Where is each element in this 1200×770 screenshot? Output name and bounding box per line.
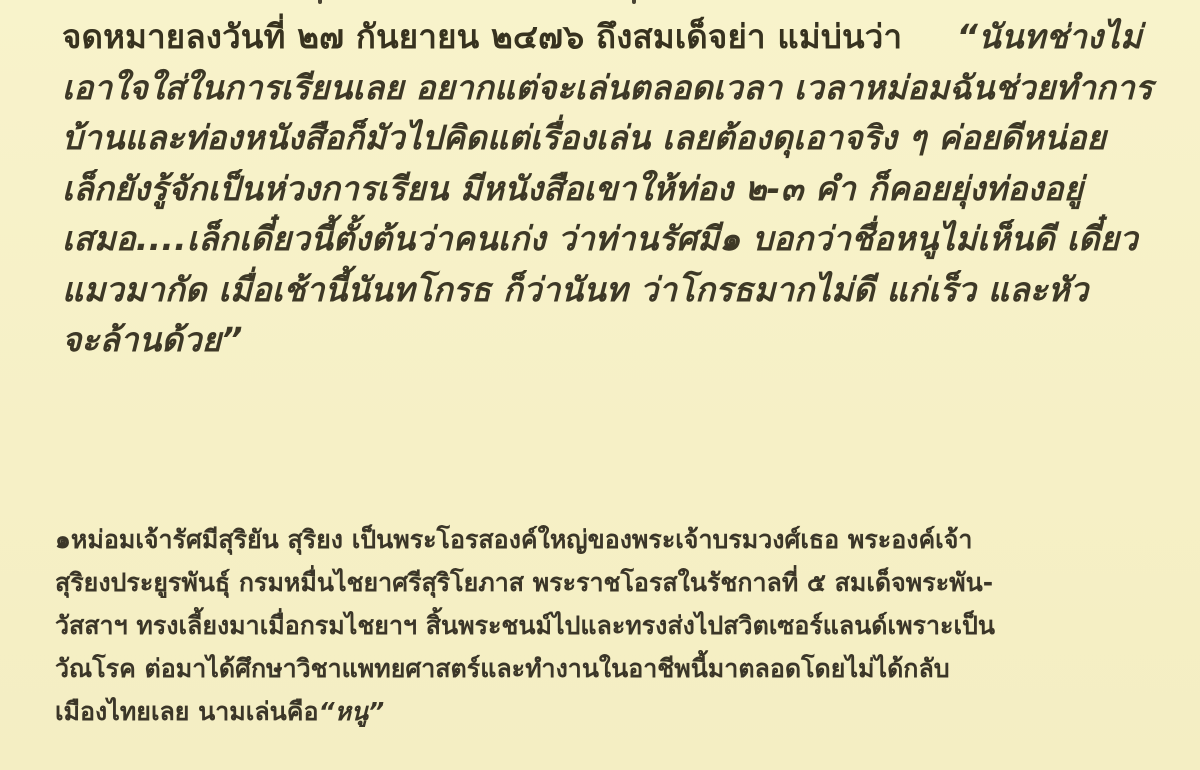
paragraph-line-5: เสมอ....เล็กเดี๋ยวนี้ตั้งต้นว่าคนเก่ง ว่…	[62, 214, 1142, 265]
paragraph-line-3: บ้านและท่องหนังสือก็มัวไปคิดแต่เรื่องเล่…	[62, 113, 1142, 164]
footnote: ๑หม่อมเจ้ารัศมีสุริยัน สุริยง เป็นพระโอร…	[55, 518, 1140, 733]
footnote-line-1-content: ๑หม่อมเจ้ารัศมีสุริยัน สุริยง เป็นพระโอร…	[55, 518, 972, 561]
footnote-text: วัสสาฯ ทรงเลี้ยงมาเมื่อกรมไชยาฯ สิ้นพระช…	[55, 604, 995, 647]
paragraph-line-2: เอาใจใส่ในการเรียนเลย อยากแต่จะเล่นตลอดเ…	[62, 63, 1142, 114]
footnote-marker: ๑	[55, 525, 71, 554]
footnote-line-1: ๑หม่อมเจ้ารัศมีสุริยัน สุริยง เป็นพระโอร…	[55, 518, 1140, 561]
paragraph-line-1: จดหมายลงวันที่ ๒๗ กันยายน ๒๔๗๖ ถึงสมเด็จ…	[62, 12, 1142, 63]
scanned-page: จดหมายลงวันที่ ๒๗ กันยายน ๒๔๗๖ ถึงสมเด็จ…	[0, 0, 1200, 770]
letter-intro-text: จดหมายลงวันที่ ๒๗ กันยายน ๒๔๗๖ ถึงสมเด็จ…	[62, 12, 902, 63]
paragraph-line-4: เล็กยังรู้จักเป็นห่วงการเรียน มีหนังสือเ…	[62, 164, 1142, 215]
paragraph-line-7: จะล้านด้วย”	[62, 315, 1142, 366]
quote-end-text: จะล้านด้วย”	[62, 315, 243, 366]
footnote-text: วัณโรค ต่อมาได้ศึกษาวิชาแพทยศาสตร์และทำง…	[55, 647, 950, 690]
quote-text: เล็กยังรู้จักเป็นห่วงการเรียน มีหนังสือเ…	[62, 164, 1083, 215]
quote-text-with-footnote-ref: เสมอ....เล็กเดี๋ยวนี้ตั้งต้นว่าคนเก่ง ว่…	[62, 214, 1138, 265]
quote-text: เอาใจใส่ในการเรียนเลย อยากแต่จะเล่นตลอดเ…	[62, 63, 1153, 114]
footnote-line-5: เมืองไทยเลย นามเล่นคือ “หนู”	[55, 690, 1140, 733]
paragraph-line-6: แมวมากัด เมื่อเช้านี้นันทโกรธ ก็ว่านันท …	[62, 265, 1142, 316]
footnote-line-4: วัณโรค ต่อมาได้ศึกษาวิชาแพทยศาสตร์และทำง…	[55, 647, 1140, 690]
quote-text: แมวมากัด เมื่อเช้านี้นันทโกรธ ก็ว่านันท …	[62, 265, 1088, 316]
nickname-text: “หนู”	[318, 690, 384, 733]
quote-text: บ้านและท่องหนังสือก็มัวไปคิดแต่เรื่องเล่…	[62, 113, 1106, 164]
footnote-line-3: วัสสาฯ ทรงเลี้ยงมาเมื่อกรมไชยาฯ สิ้นพระช…	[55, 604, 1140, 647]
letter-quote-paragraph: จดหมายลงวันที่ ๒๗ กันยายน ๒๔๗๖ ถึงสมเด็จ…	[62, 12, 1142, 366]
quote-start-text: “นันทช่างไม่	[957, 12, 1142, 63]
footnote-text: หม่อมเจ้ารัศมีสุริยัน สุริยง เป็นพระโอรส…	[71, 525, 973, 554]
footnote-text: สุริยงประยูรพันธุ์ กรมหมื่นไชยาศรีสุริโย…	[55, 561, 993, 604]
footnote-line-2: สุริยงประยูรพันธุ์ กรมหมื่นไชยาศรีสุริโย…	[55, 561, 1140, 604]
footnote-text: เมืองไทยเลย นามเล่นคือ	[55, 690, 318, 733]
